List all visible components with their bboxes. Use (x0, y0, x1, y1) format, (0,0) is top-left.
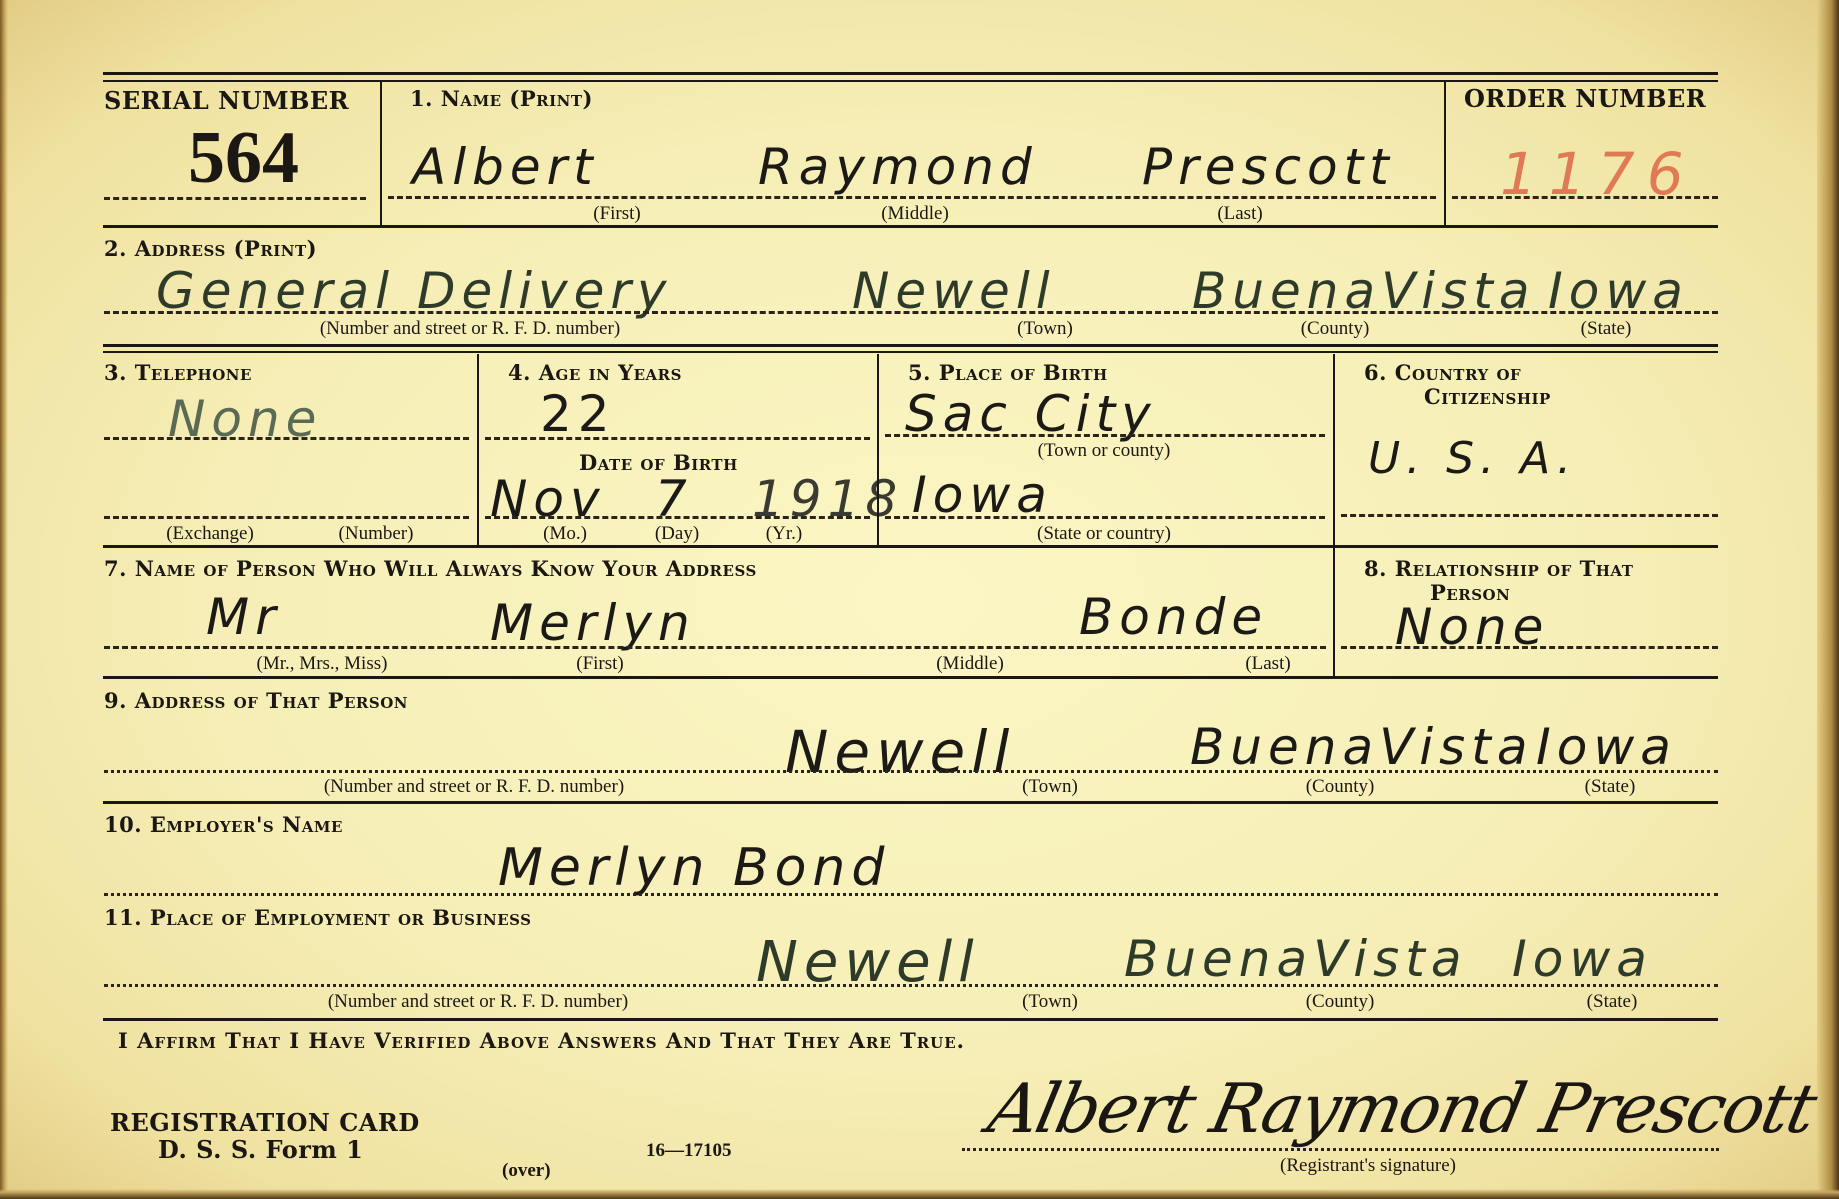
contact-title-caption: (Mr., Mrs., Miss) (257, 653, 388, 675)
dob-month-caption: (Mo.) (543, 523, 587, 545)
divider (380, 82, 382, 226)
serial-number-label: SERIAL NUMBER (104, 86, 349, 115)
contact-address-town-caption: (Town) (1022, 776, 1078, 798)
employment-place-county-caption: (County) (1306, 991, 1375, 1013)
employment-place-state: Iowa (1512, 930, 1653, 988)
row-rule (103, 676, 1718, 679)
divider (1444, 82, 1446, 226)
telephone-number-caption: (Number) (339, 523, 414, 545)
employment-place-street-caption: (Number and street or R. F. D. number) (328, 991, 628, 1013)
signature-caption: (Registrant's signature) (1280, 1155, 1456, 1177)
contact-last: Bonde (1079, 588, 1268, 646)
employer-value: Merlyn Bond (498, 838, 890, 898)
employment-place-state-caption: (State) (1587, 991, 1638, 1013)
card-edge-left (0, 0, 8, 1199)
contact-address-underline (104, 770, 1718, 773)
relationship-underline (1341, 646, 1718, 649)
citizenship-underline (1341, 514, 1718, 517)
contact-address-state: Iowa (1536, 718, 1677, 776)
citizenship-label-2: Citizenship (1424, 384, 1551, 409)
divider (477, 354, 479, 547)
relationship-label: 8. Relationship of That (1364, 556, 1633, 581)
birthplace-label: 5. Place of Birth (908, 360, 1108, 385)
address-state-caption: (State) (1581, 318, 1632, 340)
affirmation-text: I Affirm That I Have Verified Above Answ… (118, 1028, 965, 1053)
form-id: D. S. S. Form 1 (158, 1135, 363, 1164)
address-county-caption: (County) (1301, 318, 1370, 340)
contact-underline (104, 646, 1326, 649)
birthplace-town-caption: (Town or county) (1038, 440, 1171, 462)
contact-first-caption: (First) (576, 653, 624, 675)
citizenship-value: U. S. A. (1368, 433, 1577, 484)
citizenship-label: 6. Country of (1364, 360, 1521, 385)
print-code: 16—17105 (646, 1140, 732, 1162)
employer-underline (104, 893, 1718, 896)
serial-underline (104, 197, 366, 200)
contact-title: Mr (206, 588, 282, 646)
contact-address-street-caption: (Number and street or R. F. D. number) (324, 776, 624, 798)
registration-card: SERIAL NUMBER 564 1. Name (Print) Albert… (0, 0, 1839, 1199)
employment-place-county: BuenaVista (1124, 930, 1467, 988)
form-title: REGISTRATION CARD (110, 1108, 420, 1137)
age-underline (485, 437, 870, 440)
registrant-signature: Albert Raymond Prescott (982, 1070, 1822, 1149)
telephone-underline-2 (104, 516, 469, 519)
telephone-exchange-caption: (Exchange) (166, 523, 254, 545)
dob-year: 1918 (752, 470, 903, 528)
dob-underline (485, 516, 870, 519)
telephone-underline (104, 437, 469, 440)
contact-label: 7. Name of Person Who Will Always Know Y… (104, 556, 757, 581)
row-rule (103, 801, 1718, 804)
name-last: Prescott (1142, 138, 1395, 196)
contact-address-town: Newell (785, 718, 1015, 786)
telephone-label: 3. Telephone (104, 360, 252, 385)
contact-middle-caption: (Middle) (936, 653, 1004, 675)
order-number-label: ORDER NUMBER (1464, 84, 1706, 113)
address-street-caption: (Number and street or R. F. D. number) (320, 318, 620, 340)
top-rule-inner (103, 80, 1718, 82)
dob-month: Nov (490, 470, 606, 528)
order-underline (1452, 196, 1718, 199)
dob-day: 7 (655, 470, 693, 528)
contact-address-state-caption: (State) (1585, 776, 1636, 798)
row-rule (103, 1018, 1718, 1021)
name-last-caption: (Last) (1217, 203, 1262, 225)
contact-last-caption: (Last) (1245, 653, 1290, 675)
employment-place-town-caption: (Town) (1022, 991, 1078, 1013)
top-rule (103, 72, 1718, 75)
serial-number-value: 564 (188, 116, 299, 201)
card-edge-right (1817, 0, 1839, 1199)
over-note: (over) (502, 1160, 551, 1182)
name-underline (388, 196, 1436, 199)
signature-underline (962, 1148, 1719, 1151)
age-value: 22 (540, 385, 616, 443)
contact-address-label: 9. Address of That Person (104, 688, 408, 713)
contact-address-county-caption: (County) (1306, 776, 1375, 798)
address-label: 2. Address (Print) (104, 236, 317, 261)
employment-place-underline (104, 984, 1718, 987)
name-middle-caption: (Middle) (881, 203, 949, 225)
employer-label: 10. Employer's Name (104, 812, 343, 837)
address-underline (104, 311, 1718, 314)
row-rule (103, 351, 1718, 353)
address-town-caption: (Town) (1017, 318, 1073, 340)
card-edge-bottom (0, 1189, 1839, 1199)
birthplace-town-underline (885, 434, 1325, 437)
employment-place-label: 11. Place of Employment or Business (104, 905, 531, 930)
row-rule (103, 344, 1718, 347)
birthplace-state-caption: (State or country) (1037, 523, 1171, 545)
name-label: 1. Name (Print) (410, 86, 593, 111)
row-rule (103, 545, 1718, 548)
name-middle: Raymond (758, 138, 1038, 196)
age-label: 4. Age in Years (508, 360, 682, 385)
row-rule (103, 225, 1718, 228)
dob-day-caption: (Day) (655, 523, 699, 545)
name-first: Albert (412, 138, 599, 196)
divider (877, 354, 879, 547)
name-first-caption: (First) (593, 203, 641, 225)
contact-address-county: BuenaVista (1190, 718, 1533, 776)
dob-year-caption: (Yr.) (766, 523, 802, 545)
divider (1333, 354, 1335, 677)
birthplace-state-underline (885, 516, 1325, 519)
contact-first: Merlyn (490, 594, 696, 652)
